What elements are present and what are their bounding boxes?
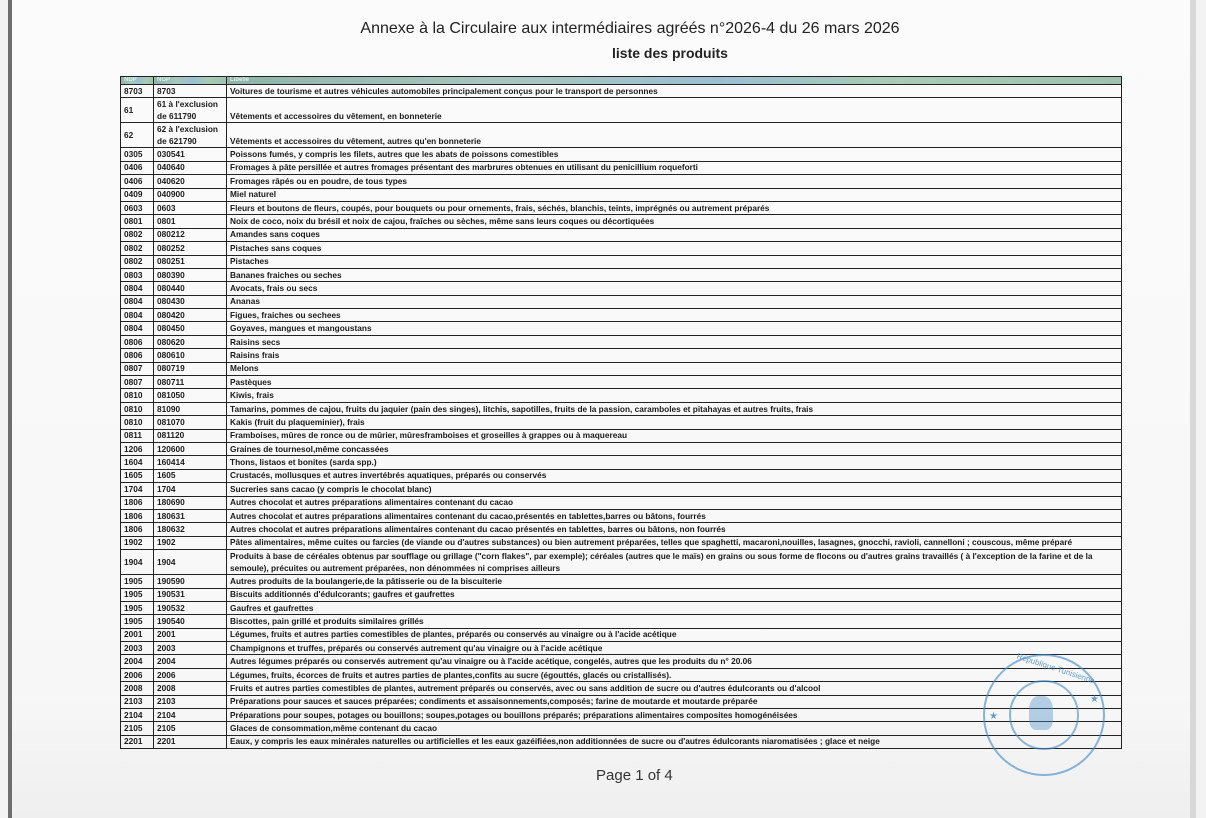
- cell-ndp: 0806: [121, 335, 154, 348]
- cell-ndp: 0810: [121, 402, 154, 415]
- table-row: 0802080251Pistaches: [121, 255, 1122, 268]
- cell-ngp: 080610: [154, 349, 227, 362]
- table-row: 6262 à l'exclusion de 621790Vêtements et…: [121, 123, 1122, 148]
- table-row: 0811081120Framboises, mûres de ronce ou …: [121, 429, 1122, 442]
- table-row: 0409040900Miel naturel: [121, 188, 1122, 201]
- cell-ndp: 61: [121, 98, 154, 123]
- table-row: 0810081070Kakis (fruit du plaqueminier),…: [121, 416, 1122, 429]
- cell-ngp: 080620: [154, 335, 227, 348]
- stamp-emblem-icon: [1029, 696, 1053, 730]
- cell-ngp: 080390: [154, 268, 227, 281]
- cell-ngp: 2003: [154, 642, 227, 655]
- cell-ndp: 0406: [121, 161, 154, 174]
- cell-ngp: 2201: [154, 735, 227, 748]
- cell-ndp: 2103: [121, 695, 154, 708]
- table-row: 20012001Légumes, fruits et autres partie…: [121, 628, 1122, 641]
- cell-ndp: 2006: [121, 668, 154, 681]
- cell-ngp: 120600: [154, 442, 227, 455]
- table-header-row: NDP NGP Libellé: [121, 77, 1122, 85]
- cell-ngp: 8703: [154, 85, 227, 98]
- cell-ngp: 080440: [154, 282, 227, 295]
- table-row: 08010801Noix de coco, noix du brésil et …: [121, 215, 1122, 228]
- cell-label: Produits à base de céréales obtenus par …: [227, 550, 1122, 575]
- cell-ndp: 1604: [121, 456, 154, 469]
- cell-label: Kiwis, frais: [227, 389, 1122, 402]
- cell-label: Pistaches: [227, 255, 1122, 268]
- cell-label: Biscuits additionnés d'édulcorants; gauf…: [227, 588, 1122, 601]
- cell-ngp: 180632: [154, 523, 227, 536]
- cell-label: Biscottes, pain grillé et produits simil…: [227, 615, 1122, 628]
- table-row: 19041904Produits à base de céréales obte…: [121, 550, 1122, 575]
- official-stamp: République Tunisienne ★ ★: [983, 654, 1105, 776]
- cell-label: Graines de tournesol,même concassées: [227, 442, 1122, 455]
- table-row: 0803080390Bananes fraiches ou seches: [121, 268, 1122, 281]
- table-row: 0802080252Pistaches sans coques: [121, 242, 1122, 255]
- cell-ndp: 2104: [121, 709, 154, 722]
- cell-ndp: 1905: [121, 588, 154, 601]
- cell-label: Thons, listaos et bonites (sarda spp.): [227, 456, 1122, 469]
- cell-ngp: 1904: [154, 550, 227, 575]
- cell-ngp: 080450: [154, 322, 227, 335]
- cell-ndp: 0802: [121, 228, 154, 241]
- cell-label: Poissons fumés, y compris les filets, au…: [227, 148, 1122, 161]
- cell-label: Pistaches sans coques: [227, 242, 1122, 255]
- page-left-edge: [8, 0, 12, 818]
- cell-ndp: 2003: [121, 642, 154, 655]
- cell-ngp: 61 à l'exclusion de 611790: [154, 98, 227, 123]
- cell-ngp: 180631: [154, 509, 227, 522]
- cell-ngp: 1704: [154, 483, 227, 496]
- cell-label: Crustacés, mollusques et autres invertéb…: [227, 469, 1122, 482]
- header-ndp: NDP: [121, 77, 154, 85]
- cell-ndp: 0801: [121, 215, 154, 228]
- cell-ndp: 0807: [121, 376, 154, 389]
- cell-ndp: 0804: [121, 309, 154, 322]
- cell-ngp: 080212: [154, 228, 227, 241]
- cell-ndp: 0810: [121, 416, 154, 429]
- cell-ngp: 2004: [154, 655, 227, 668]
- cell-ndp: 0811: [121, 429, 154, 442]
- cell-label: Autres légumes préparés ou conservés aut…: [227, 655, 1122, 668]
- table-row: 21032103Préparations pour sauces et sauc…: [121, 695, 1122, 708]
- cell-ndp: 1905: [121, 615, 154, 628]
- cell-ndp: 0806: [121, 349, 154, 362]
- cell-label: Fromages râpés ou en poudre, de tous typ…: [227, 175, 1122, 188]
- cell-ndp: 1806: [121, 523, 154, 536]
- table-row: 1806180632Autres chocolat et autres prép…: [121, 523, 1122, 536]
- cell-ngp: 190532: [154, 601, 227, 614]
- cell-label: Melons: [227, 362, 1122, 375]
- table-row: 0406040620Fromages râpés ou en poudre, d…: [121, 175, 1122, 188]
- table-row: 0305030541Poissons fumés, y compris les …: [121, 148, 1122, 161]
- table-row: 0807080711Pastèques: [121, 376, 1122, 389]
- cell-ndp: 8703: [121, 85, 154, 98]
- cell-label: Pastèques: [227, 376, 1122, 389]
- cell-ngp: 0603: [154, 201, 227, 214]
- table-row: 1905190531Biscuits additionnés d'édulcor…: [121, 588, 1122, 601]
- cell-label: Fleurs et boutons de fleurs, coupés, pou…: [227, 201, 1122, 214]
- cell-ndp: 1806: [121, 496, 154, 509]
- cell-label: Gaufres et gaufrettes: [227, 601, 1122, 614]
- cell-label: Vêtements et accessoires du vêtement, en…: [227, 98, 1122, 123]
- cell-ngp: 1605: [154, 469, 227, 482]
- cell-ngp: 080252: [154, 242, 227, 255]
- cell-ngp: 2104: [154, 709, 227, 722]
- cell-ngp: 080420: [154, 309, 227, 322]
- table-row: 0804080440Avocats, frais ou secs: [121, 282, 1122, 295]
- cell-ngp: 2105: [154, 722, 227, 735]
- cell-label: Ananas: [227, 295, 1122, 308]
- table-row: 0804080420Figues, fraiches ou sechees: [121, 309, 1122, 322]
- cell-ngp: 080711: [154, 376, 227, 389]
- cell-ndp: 0810: [121, 389, 154, 402]
- stamp-star-icon: ★: [989, 711, 998, 722]
- cell-ngp: 040620: [154, 175, 227, 188]
- table-row: 20032003Champignons et truffes, préparés…: [121, 642, 1122, 655]
- cell-ngp: 030541: [154, 148, 227, 161]
- page-right-edge: [1190, 0, 1196, 818]
- table-row: 0804080430Ananas: [121, 295, 1122, 308]
- cell-ndp: 0802: [121, 242, 154, 255]
- cell-ndp: 1902: [121, 536, 154, 549]
- cell-ndp: 1704: [121, 483, 154, 496]
- cell-ndp: 1905: [121, 601, 154, 614]
- table-row: 1905190540Biscottes, pain grillé et prod…: [121, 615, 1122, 628]
- document-title: Annexe à la Circulaire aux intermédiaire…: [0, 20, 1206, 38]
- table-row: 22012201Eaux, y compris les eaux minéral…: [121, 735, 1122, 748]
- table-row: 0406040640Fromages à pâte persillée et a…: [121, 161, 1122, 174]
- cell-ndp: 1904: [121, 550, 154, 575]
- cell-ngp: 1902: [154, 536, 227, 549]
- table-row: 20082008Fruits et autres parties comesti…: [121, 682, 1122, 695]
- table-row: 0807080719Melons: [121, 362, 1122, 375]
- cell-ngp: 040640: [154, 161, 227, 174]
- cell-ndp: 2105: [121, 722, 154, 735]
- cell-label: Raisins secs: [227, 335, 1122, 348]
- table-row: 20062006Légumes, fruits, écorces de frui…: [121, 668, 1122, 681]
- cell-ngp: 081050: [154, 389, 227, 402]
- cell-label: Légumes, fruits, écorces de fruits et au…: [227, 668, 1122, 681]
- table-row: 16051605Crustacés, mollusques et autres …: [121, 469, 1122, 482]
- cell-ngp: 62 à l'exclusion de 621790: [154, 123, 227, 148]
- products-table: NDP NGP Libellé 87038703Voitures de tour…: [120, 76, 1122, 749]
- cell-label: Goyaves, mangues et mangoustans: [227, 322, 1122, 335]
- table-row: 19021902Pâtes alimentaires, même cuites …: [121, 536, 1122, 549]
- cell-label: Sucreries sans cacao (y compris le choco…: [227, 483, 1122, 496]
- cell-ndp: 62: [121, 123, 154, 148]
- cell-ndp: 2001: [121, 628, 154, 641]
- cell-label: Voitures de tourisme et autres véhicules…: [227, 85, 1122, 98]
- table-row: 1905190590Autres produits de la boulange…: [121, 575, 1122, 588]
- cell-ndp: 0807: [121, 362, 154, 375]
- cell-label: Figues, fraiches ou sechees: [227, 309, 1122, 322]
- cell-ngp: 160414: [154, 456, 227, 469]
- cell-label: Autres chocolat et autres préparations a…: [227, 523, 1122, 536]
- document-subtitle: liste des produits: [0, 45, 1206, 61]
- table-row: 0802080212Amandes sans coques: [121, 228, 1122, 241]
- cell-ngp: 2006: [154, 668, 227, 681]
- cell-ndp: 1206: [121, 442, 154, 455]
- table-row: 1806180631Autres chocolat et autres prép…: [121, 509, 1122, 522]
- table-row: 081081090Tamarins, pommes de cajou, frui…: [121, 402, 1122, 415]
- table-row: 1206120600Graines de tournesol,même conc…: [121, 442, 1122, 455]
- cell-ngp: 2103: [154, 695, 227, 708]
- cell-ndp: 2201: [121, 735, 154, 748]
- header-ngp: NGP: [154, 77, 227, 85]
- cell-label: Raisins frais: [227, 349, 1122, 362]
- cell-label: Pâtes alimentaires, même cuites ou farci…: [227, 536, 1122, 549]
- table-row: 0806080620Raisins secs: [121, 335, 1122, 348]
- cell-label: Bananes fraiches ou seches: [227, 268, 1122, 281]
- cell-ndp: 0803: [121, 268, 154, 281]
- cell-label: Vêtements et accessoires du vêtement, au…: [227, 123, 1122, 148]
- header-label: Libellé: [227, 77, 1122, 85]
- table-row: 17041704Sucreries sans cacao (y compris …: [121, 483, 1122, 496]
- cell-ndp: 0406: [121, 175, 154, 188]
- cell-label: Avocats, frais ou secs: [227, 282, 1122, 295]
- cell-ngp: 0801: [154, 215, 227, 228]
- cell-ngp: 190531: [154, 588, 227, 601]
- cell-label: Autres chocolat et autres préparations a…: [227, 509, 1122, 522]
- cell-ndp: 1605: [121, 469, 154, 482]
- cell-label: Amandes sans coques: [227, 228, 1122, 241]
- cell-ngp: 2001: [154, 628, 227, 641]
- cell-ndp: 0804: [121, 322, 154, 335]
- cell-ndp: 0305: [121, 148, 154, 161]
- cell-ngp: 190590: [154, 575, 227, 588]
- cell-label: Légumes, fruits et autres parties comest…: [227, 628, 1122, 641]
- cell-ngp: 081120: [154, 429, 227, 442]
- cell-label: Champignons et truffes, préparés ou cons…: [227, 642, 1122, 655]
- cell-label: Autres chocolat et autres préparations a…: [227, 496, 1122, 509]
- cell-label: Tamarins, pommes de cajou, fruits du jaq…: [227, 402, 1122, 415]
- table-row: 06030603Fleurs et boutons de fleurs, cou…: [121, 201, 1122, 214]
- table-row: 6161 à l'exclusion de 611790Vêtements et…: [121, 98, 1122, 123]
- cell-ndp: 0603: [121, 201, 154, 214]
- stamp-star-icon: ★: [1090, 694, 1099, 705]
- table-row: 21042104Préparations pour soupes, potage…: [121, 709, 1122, 722]
- table-row: 20042004Autres légumes préparés ou conse…: [121, 655, 1122, 668]
- cell-ndp: 0804: [121, 282, 154, 295]
- cell-ndp: 1806: [121, 509, 154, 522]
- cell-ndp: 2008: [121, 682, 154, 695]
- cell-ngp: 81090: [154, 402, 227, 415]
- table-row: 0806080610Raisins frais: [121, 349, 1122, 362]
- table-row: 0804080450Goyaves, mangues et mangoustan…: [121, 322, 1122, 335]
- cell-ngp: 081070: [154, 416, 227, 429]
- cell-label: Autres produits de la boulangerie,de la …: [227, 575, 1122, 588]
- table-row: 1806180690Autres chocolat et autres prép…: [121, 496, 1122, 509]
- cell-ndp: 0409: [121, 188, 154, 201]
- table-row: 87038703Voitures de tourisme et autres v…: [121, 85, 1122, 98]
- cell-ngp: 040900: [154, 188, 227, 201]
- cell-ndp: 1905: [121, 575, 154, 588]
- cell-label: Framboises, mûres de ronce ou de mûrier,…: [227, 429, 1122, 442]
- table-row: 1604160414Thons, listaos et bonites (sar…: [121, 456, 1122, 469]
- table-row: 21052105Glaces de consommation,même cont…: [121, 722, 1122, 735]
- cell-label: Fromages à pâte persillée et autres from…: [227, 161, 1122, 174]
- cell-ndp: 0802: [121, 255, 154, 268]
- cell-label: Kakis (fruit du plaqueminier), frais: [227, 416, 1122, 429]
- cell-ngp: 080251: [154, 255, 227, 268]
- cell-label: Noix de coco, noix du brésil et noix de …: [227, 215, 1122, 228]
- cell-ngp: 080430: [154, 295, 227, 308]
- cell-ngp: 190540: [154, 615, 227, 628]
- page-number: Page 1 of 4: [596, 767, 673, 784]
- cell-ngp: 2008: [154, 682, 227, 695]
- cell-ngp: 180690: [154, 496, 227, 509]
- cell-ngp: 080719: [154, 362, 227, 375]
- cell-label: Miel naturel: [227, 188, 1122, 201]
- cell-ndp: 2004: [121, 655, 154, 668]
- table-row: 1905190532Gaufres et gaufrettes: [121, 601, 1122, 614]
- table-row: 0810081050Kiwis, frais: [121, 389, 1122, 402]
- cell-ndp: 0804: [121, 295, 154, 308]
